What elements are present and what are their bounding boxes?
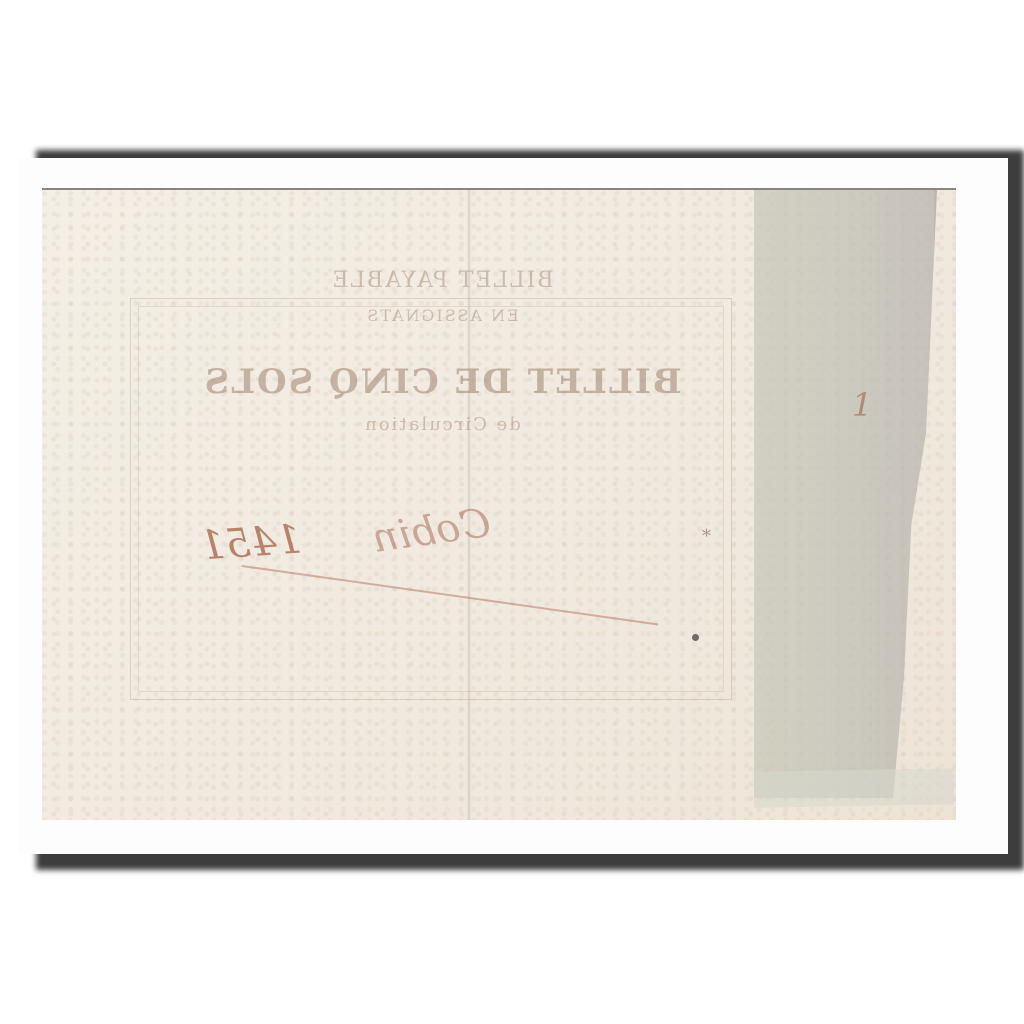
repair-tape — [754, 190, 937, 798]
banknote: BILLET PAYABLE EN ASSIGNATS BILLET DE CI… — [42, 188, 956, 820]
serial-number: 1451 — [199, 517, 304, 570]
tape-edge — [754, 768, 955, 807]
ink-spot — [692, 634, 699, 641]
star-mark-icon: * — [702, 526, 711, 547]
mirrored-text-line-1: BILLET PAYABLE — [142, 268, 742, 293]
mirrored-denomination: BILLET DE CINQ SOLS — [142, 362, 742, 402]
handwritten-serial: 1451 — [199, 517, 304, 570]
right-handwriting: 1 — [852, 386, 872, 424]
mirrored-text-line-2: EN ASSIGNATS — [142, 306, 742, 325]
mirrored-text-line-4: de Circulation — [142, 414, 742, 435]
